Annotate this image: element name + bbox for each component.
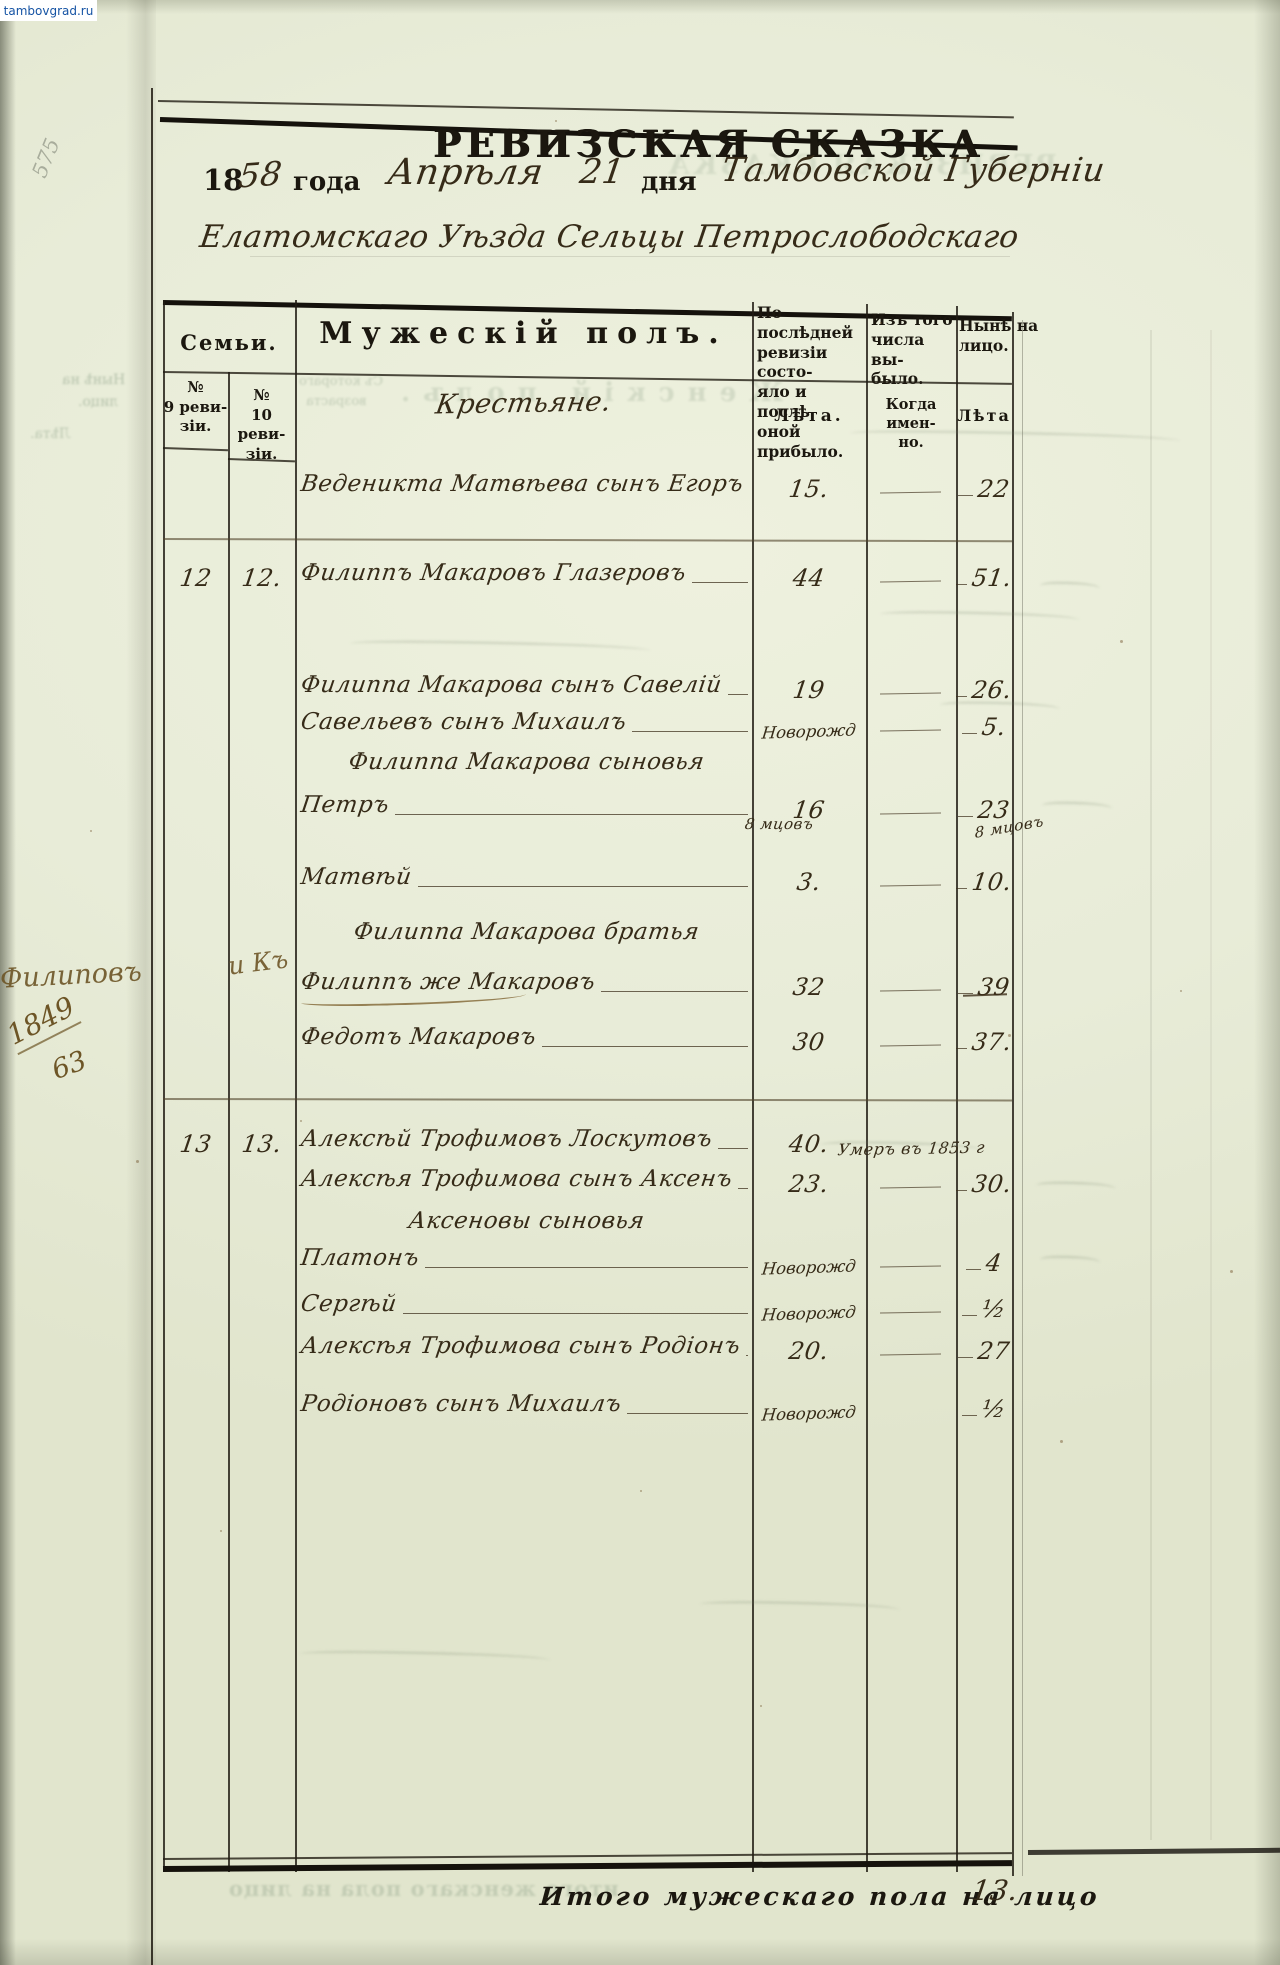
cell-when-departed [866, 664, 956, 704]
when-dash [880, 1186, 941, 1188]
date-hw-place: Тамбовской Губерніи [719, 150, 1107, 189]
cell-age-previous: 3. [752, 856, 866, 896]
table-row: Федотъ Макаровъ3037. [163, 1016, 1012, 1056]
paper-speckle [90, 830, 92, 832]
age-now-value: 37. [970, 1028, 1014, 1056]
cell-rev10: 13. [228, 1118, 295, 1158]
table-row: Филиппа Макарова сыновья [163, 741, 1012, 781]
name-dash-filler [738, 1188, 748, 1189]
table-row: Филиппа Макарова сынъ Савелій1926. [163, 664, 1012, 704]
table-row: Веденикта Матвѣева сынъ Егоръ15.22 [163, 463, 1012, 503]
showthrough-squiggle [700, 1600, 900, 1614]
showthrough-squiggle [300, 1650, 550, 1665]
cell-age-now: 10. [956, 856, 1012, 896]
cell-rev10: 12. [228, 552, 295, 592]
person-name: Родіоновъ сынъ Михаилъ [298, 1385, 624, 1423]
age-now-value: 39 [976, 973, 1011, 1001]
age-previous-value: 19 [791, 676, 826, 704]
cell-name: Филиппа Макарова братья [295, 911, 752, 951]
showthrough-squiggle [1040, 581, 1100, 593]
cell-age-now: 27 [956, 1325, 1012, 1365]
cell-age-previous: 20. [752, 1325, 866, 1365]
subheader-rev10-line1: 10 реви- [228, 406, 295, 445]
header-present-line2: лицо. [959, 336, 1019, 356]
paper-speckle [760, 1705, 762, 1707]
page-left-border [151, 88, 153, 1965]
verso-ghost-line [1210, 330, 1212, 1840]
age-now-value: 30. [970, 1170, 1014, 1198]
age-now-dash [958, 816, 973, 817]
table-bottom-thick [163, 1860, 1012, 1872]
age-now-value: 10. [970, 868, 1014, 896]
person-name: Веденикта Матвѣева сынъ Егоръ [298, 465, 746, 503]
person-name: Алексѣя Трофимова сынъ Родіонъ [298, 1327, 743, 1365]
cell-age-now: 30. [956, 1158, 1012, 1198]
cell-name: Платонъ [295, 1237, 752, 1277]
name-dash-filler [403, 1313, 748, 1314]
when-dash [880, 580, 941, 582]
neighbor-page-bottom-line [1028, 1848, 1280, 1855]
person-name: Филиппа Макарова братья [298, 913, 754, 951]
person-name: Платонъ [298, 1239, 421, 1277]
age-previous-value: 3. [795, 868, 823, 896]
cell-when-departed [866, 741, 956, 781]
table-row: 1212.Филиппъ Макаровъ Глазеровъ4451. [163, 552, 1012, 592]
cell-when-departed [866, 1237, 956, 1277]
age-now-dash [958, 495, 973, 496]
age-previous-value: 20. [787, 1337, 831, 1365]
age-now-dash [962, 733, 977, 734]
age-now-value: ½ [980, 1395, 1008, 1423]
when-dash [880, 491, 941, 493]
showthrough-squiggle [350, 639, 650, 655]
age-previous-value: 23. [787, 1170, 831, 1198]
age-now-value: 22 [976, 475, 1011, 503]
location-line: Елатомскаго Уѣзда Сельцы Петрослободскаг… [197, 219, 1021, 255]
age-now-dash [962, 1415, 977, 1416]
table-bottom-thin [163, 1852, 1012, 1860]
table-right-vline [1012, 312, 1014, 1876]
cell-name: Веденикта Матвѣева сынъ Егоръ [295, 463, 752, 503]
subheader-rev9: № 9 реви- зіи. [163, 378, 228, 437]
name-dash-filler [418, 886, 748, 887]
paper-speckle [555, 120, 557, 122]
table-row: Родіоновъ сынъ МихаилъНоворожд½ [163, 1383, 1012, 1423]
header-last-revision-line1: По послѣдней [757, 303, 863, 343]
cell-name: Алексѣй Трофимовъ Лоскутовъ [295, 1118, 752, 1158]
subheader-rev9-line1: 9 реви- [163, 398, 228, 418]
table-row: Филиппа Макарова братья [163, 911, 1012, 951]
cell-age-previous: 23. [752, 1158, 866, 1198]
pencil-mark: 575 [27, 135, 64, 181]
table-row: ПлатонъНоворожд4 [163, 1237, 1012, 1277]
name-dash-filler [627, 1413, 748, 1414]
table-row: Алексѣя Трофимова сынъ Аксенъ23.30. [163, 1158, 1012, 1198]
showthrough-squiggle [1040, 1255, 1100, 1267]
cell-when-departed [866, 784, 956, 824]
paper-speckle [220, 1530, 222, 1532]
ghost-from-age-line2: возраста [306, 394, 367, 409]
when-dash [880, 989, 941, 991]
table-row: СергѣйНоворожд½ [163, 1283, 1012, 1323]
age-now-dash [956, 696, 967, 697]
paper-speckle [640, 1490, 642, 1492]
subheader-when-line1: Когда имен- [866, 396, 956, 434]
cell-when-departed [866, 1283, 956, 1323]
table-vline-prev [752, 302, 754, 1872]
margin-note-surname: Филиповъ [0, 956, 142, 994]
cell-age-now: 37. [956, 1016, 1012, 1056]
footer-total-value: 13. [970, 1874, 1021, 1907]
paper-speckle [480, 760, 482, 762]
cell-when-departed [866, 1200, 956, 1240]
person-name: Сергѣй [298, 1285, 399, 1323]
header-present: Нынѣ на лицо. [959, 316, 1019, 356]
name-dash-filler [728, 694, 748, 695]
header-departed-line1: Изъ того [871, 310, 955, 330]
age-now-dash [956, 1048, 967, 1049]
age-previous-value: 30 [791, 1028, 826, 1056]
rev9-box-line [163, 447, 228, 451]
rev9-value: 12 [178, 564, 213, 592]
age-now-value: ½ [980, 1295, 1008, 1323]
cell-name: Филиппа Макарова сыновья [295, 741, 752, 781]
age-previous-value: 15. [787, 475, 831, 503]
table-row: Аксеновы сыновья [163, 1200, 1012, 1240]
header-male: Мужескій полъ. [295, 316, 752, 351]
site-watermark[interactable]: tambovgrad.ru [0, 0, 97, 21]
person-name: Аксеновы сыновья [298, 1202, 754, 1240]
cell-name: Петръ [295, 784, 752, 824]
age-now-dash [956, 584, 967, 585]
when-dash [880, 1265, 941, 1267]
age-now-dash [956, 888, 967, 889]
rev10-value: 12. [240, 564, 284, 592]
showthrough-squiggle [1036, 1181, 1116, 1193]
table-row: Савельевъ сынъ МихаилъНоворожд5. [163, 701, 1012, 741]
cell-age-previous: Новорожд [752, 1237, 866, 1277]
cell-age-previous: Новорожд [752, 701, 866, 741]
table-row: Алексѣя Трофимова сынъ Родіонъ20.27 [163, 1325, 1012, 1365]
name-dash-filler [425, 1267, 748, 1268]
header-departed: Изъ того числа вы- было. [871, 310, 955, 389]
date-hw-month: Апрѣля [385, 152, 546, 193]
cell-when-departed [866, 961, 956, 1001]
ghost-present-line1: Нынѣ на [62, 372, 125, 388]
paper-speckle [1008, 1034, 1011, 1037]
name-dash-filler [718, 1148, 748, 1149]
cell-when-departed [866, 1158, 956, 1198]
when-dash [880, 1353, 941, 1355]
cell-age-previous: Новорожд [752, 1383, 866, 1423]
subheader-when: Когда имен- но. [866, 396, 956, 453]
age-previous-value: Новорожд [761, 1302, 857, 1324]
cell-age-previous: 19 [752, 664, 866, 704]
cell-rev9: 12 [163, 552, 228, 592]
cell-name: Матвѣй [295, 856, 752, 896]
cell-name: Филиппа Макарова сынъ Савелій [295, 664, 752, 704]
age-now-value: 27 [976, 1337, 1011, 1365]
table-row: Петръ16238 мцовъ8 мцовъ [163, 784, 1012, 824]
when-dash [880, 812, 941, 814]
table-row: Матвѣй3.10. [163, 856, 1012, 896]
when-dash [880, 884, 941, 886]
table-right-vline2 [1022, 320, 1023, 1876]
person-name: Савельевъ сынъ Михаилъ [298, 703, 629, 741]
subheader-years-now: Лѣта [956, 406, 1012, 425]
paper-speckle [1180, 990, 1182, 992]
showthrough-squiggle [880, 610, 1080, 624]
paper-speckle [880, 322, 882, 324]
subheader-rev10: № 10 реви- зіи. [228, 386, 295, 464]
person-name: Матвѣй [298, 858, 414, 896]
name-dash-filler [601, 991, 748, 992]
age-now-value: 51. [970, 564, 1014, 592]
age-now-value: 5. [980, 713, 1008, 741]
name-dash-filler [746, 1355, 748, 1356]
cell-name: Савельевъ сынъ Михаилъ [295, 701, 752, 741]
age-now-dash [962, 1315, 977, 1316]
ghost-years: Лѣта. [30, 426, 71, 442]
age-now-dash [966, 1269, 981, 1270]
date-printed-dnya: дня [641, 167, 697, 197]
cell-age-now: 26. [956, 664, 1012, 704]
cell-age-now: 22 [956, 463, 1012, 503]
age-previous-subnote: 8 мцовъ [744, 815, 815, 833]
cell-name: Аксеновы сыновья [295, 1200, 752, 1240]
cell-age-previous: 32 [752, 961, 866, 1001]
header-present-line1: Нынѣ на [959, 316, 1019, 336]
name-dash-filler [395, 814, 748, 815]
cell-rev9: 13 [163, 1118, 228, 1158]
header-families: Семьи. [163, 330, 295, 355]
margin-note-number: 63 [48, 1045, 91, 1086]
page-top-thin-line [158, 100, 1014, 118]
cell-age-now: ½ [956, 1283, 1012, 1323]
when-dash [880, 1311, 941, 1313]
family-divider [163, 1098, 1012, 1101]
cell-age-now: 51. [956, 552, 1012, 592]
age-now-value: 26. [970, 676, 1014, 704]
age-previous-value: Новорожд [761, 1402, 857, 1424]
rev9-value: 13 [178, 1130, 213, 1158]
age-now-value: 4 [984, 1249, 1004, 1277]
cell-when-departed [866, 856, 956, 896]
cell-when-departed [866, 1383, 956, 1423]
margin-note-year: 1849 [1, 990, 81, 1055]
name-dash-filler [542, 1046, 748, 1047]
paper-speckle [1060, 1440, 1063, 1443]
subheader-years-prev: Лѣта. [752, 406, 866, 426]
cell-when-departed [866, 1325, 956, 1365]
cell-name: Филиппъ Макаровъ Глазеровъ [295, 552, 752, 592]
when-dash [880, 692, 941, 694]
site-watermark-label: tambovgrad.ru [4, 4, 94, 18]
subheader-rev9-line2: зіи. [163, 417, 228, 437]
cell-age-previous: 15. [752, 463, 866, 503]
cell-name: Сергѣй [295, 1283, 752, 1323]
date-hw-day: 21 [577, 152, 627, 192]
ghost-from-age-line1: Съ котораго [299, 374, 383, 389]
ghost-present-line2: лицо. [78, 394, 118, 410]
date-hw-year: 58 [237, 154, 285, 196]
age-previous-value: Новорожд [761, 1256, 857, 1278]
when-dash [880, 729, 941, 731]
age-now-dash [958, 1357, 973, 1358]
person-name: Алексѣя Трофимова сынъ Аксенъ [298, 1160, 735, 1198]
cell-name: Алексѣя Трофимова сынъ Аксенъ [295, 1158, 752, 1198]
person-name: Алексѣй Трофимовъ Лоскутовъ [298, 1120, 715, 1158]
subheader-rev9-no: № [163, 378, 228, 398]
paper-speckle [136, 1160, 139, 1163]
age-previous-value: 32 [791, 973, 826, 1001]
header-departed-line2: числа вы- [871, 330, 955, 370]
cell-age-previous: 44 [752, 552, 866, 592]
table-row: Филиппъ же Макаровъ3239 [163, 961, 1012, 1001]
table-vline-names [295, 300, 297, 1872]
verso-ghost-line [1150, 330, 1152, 1840]
date-printed-goda: года [293, 167, 360, 197]
cell-when-departed [866, 1016, 956, 1056]
cell-age-now: ½ [956, 1383, 1012, 1423]
name-dash-filler [692, 582, 748, 583]
age-previous-value: 44 [791, 564, 826, 592]
person-name: Филиппа Макарова сыновья [298, 743, 754, 781]
cell-when-departed [866, 463, 956, 503]
cell-when-departed [866, 911, 956, 951]
header-last-revision-line4: оной прибыло. [757, 422, 863, 462]
header-departed-line3: было. [871, 369, 955, 389]
age-previous-value: Новорожд [761, 720, 857, 742]
when-dash [880, 1044, 941, 1046]
cell-age-previous: Новорожд [752, 1283, 866, 1323]
cell-name: Родіоновъ сынъ Михаилъ [295, 1383, 752, 1423]
age-now-dash [956, 1190, 967, 1191]
subheader-rev10-no: № [228, 386, 295, 406]
cell-name: Федотъ Макаровъ [295, 1016, 752, 1056]
scanned-revision-list-page: tambovgrad.ru РЕВИЗСКАЯ СКАЗКА РЕВИЗСКАЯ… [0, 0, 1280, 1965]
cell-when-departed [866, 552, 956, 592]
person-name: Федотъ Макаровъ [298, 1018, 538, 1056]
person-name: Петръ [298, 786, 391, 824]
location-rule [250, 256, 1010, 257]
cell-age-previous: 30 [752, 1016, 866, 1056]
paper-speckle [300, 1120, 302, 1122]
table-left-vline [163, 300, 165, 1872]
header-last-revision-line2: ревизіи состо- [757, 343, 863, 383]
person-name: Филиппъ Макаровъ Глазеровъ [298, 554, 688, 592]
rev10-value: 13. [240, 1130, 284, 1158]
family-divider [163, 538, 1012, 542]
cell-name: Алексѣя Трофимова сынъ Родіонъ [295, 1325, 752, 1365]
paper-speckle [1120, 640, 1123, 643]
cell-age-now: 4 [956, 1237, 1012, 1277]
showthrough-squiggle [1042, 801, 1112, 813]
paper-speckle [1230, 1270, 1233, 1273]
name-dash-filler [632, 731, 748, 732]
person-name: Филиппа Макарова сынъ Савелій [298, 666, 724, 704]
